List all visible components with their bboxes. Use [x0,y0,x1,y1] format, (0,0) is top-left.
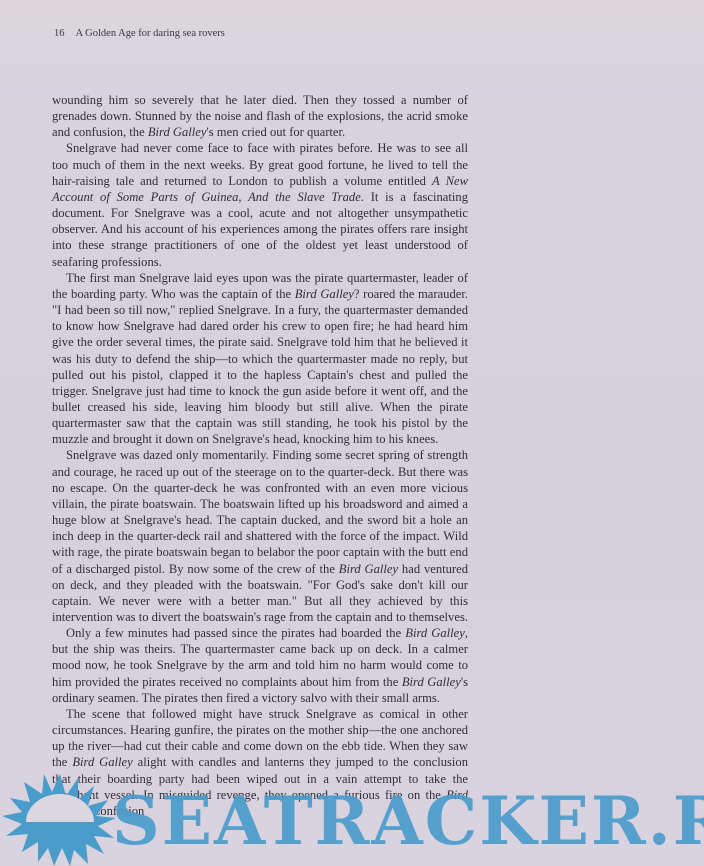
page-number: 16 [54,28,65,39]
paragraph: Only a few minutes had passed since the … [52,625,468,706]
body-text-column: wounding him so severely that he later d… [52,92,468,819]
running-title: A Golden Age for daring sea rovers [76,28,225,39]
italic-title: Bird Galley [405,626,465,640]
paragraph: Snelgrave had never come face to face wi… [52,140,468,269]
paragraph: The scene that followed might have struc… [52,706,468,819]
paragraph: Snelgrave was dazed only momentarily. Fi… [52,447,468,625]
text-run: Snelgrave had never come face to face wi… [52,141,468,187]
text-run: Snelgrave was dazed only momentarily. Fi… [52,448,468,575]
italic-title: Bird Galley [339,562,398,576]
italic-title: Bird Galley [72,755,132,769]
page-header: 16 A Golden Age for daring sea rovers [54,28,225,39]
italic-title: Bird Galley [148,125,207,139]
italic-title: Bird Galley [295,287,354,301]
paragraph: wounding him so severely that he later d… [52,92,468,140]
text-run: ? roared the marauder. "I had been so ti… [52,287,468,446]
text-run: Only a few minutes had passed since the … [66,626,405,640]
paragraph: The first man Snelgrave laid eyes upon w… [52,270,468,448]
text-run: . Confusion [86,804,145,818]
italic-title: Bird Galley [402,675,461,689]
text-run: 's men cried out for quarter. [206,125,345,139]
